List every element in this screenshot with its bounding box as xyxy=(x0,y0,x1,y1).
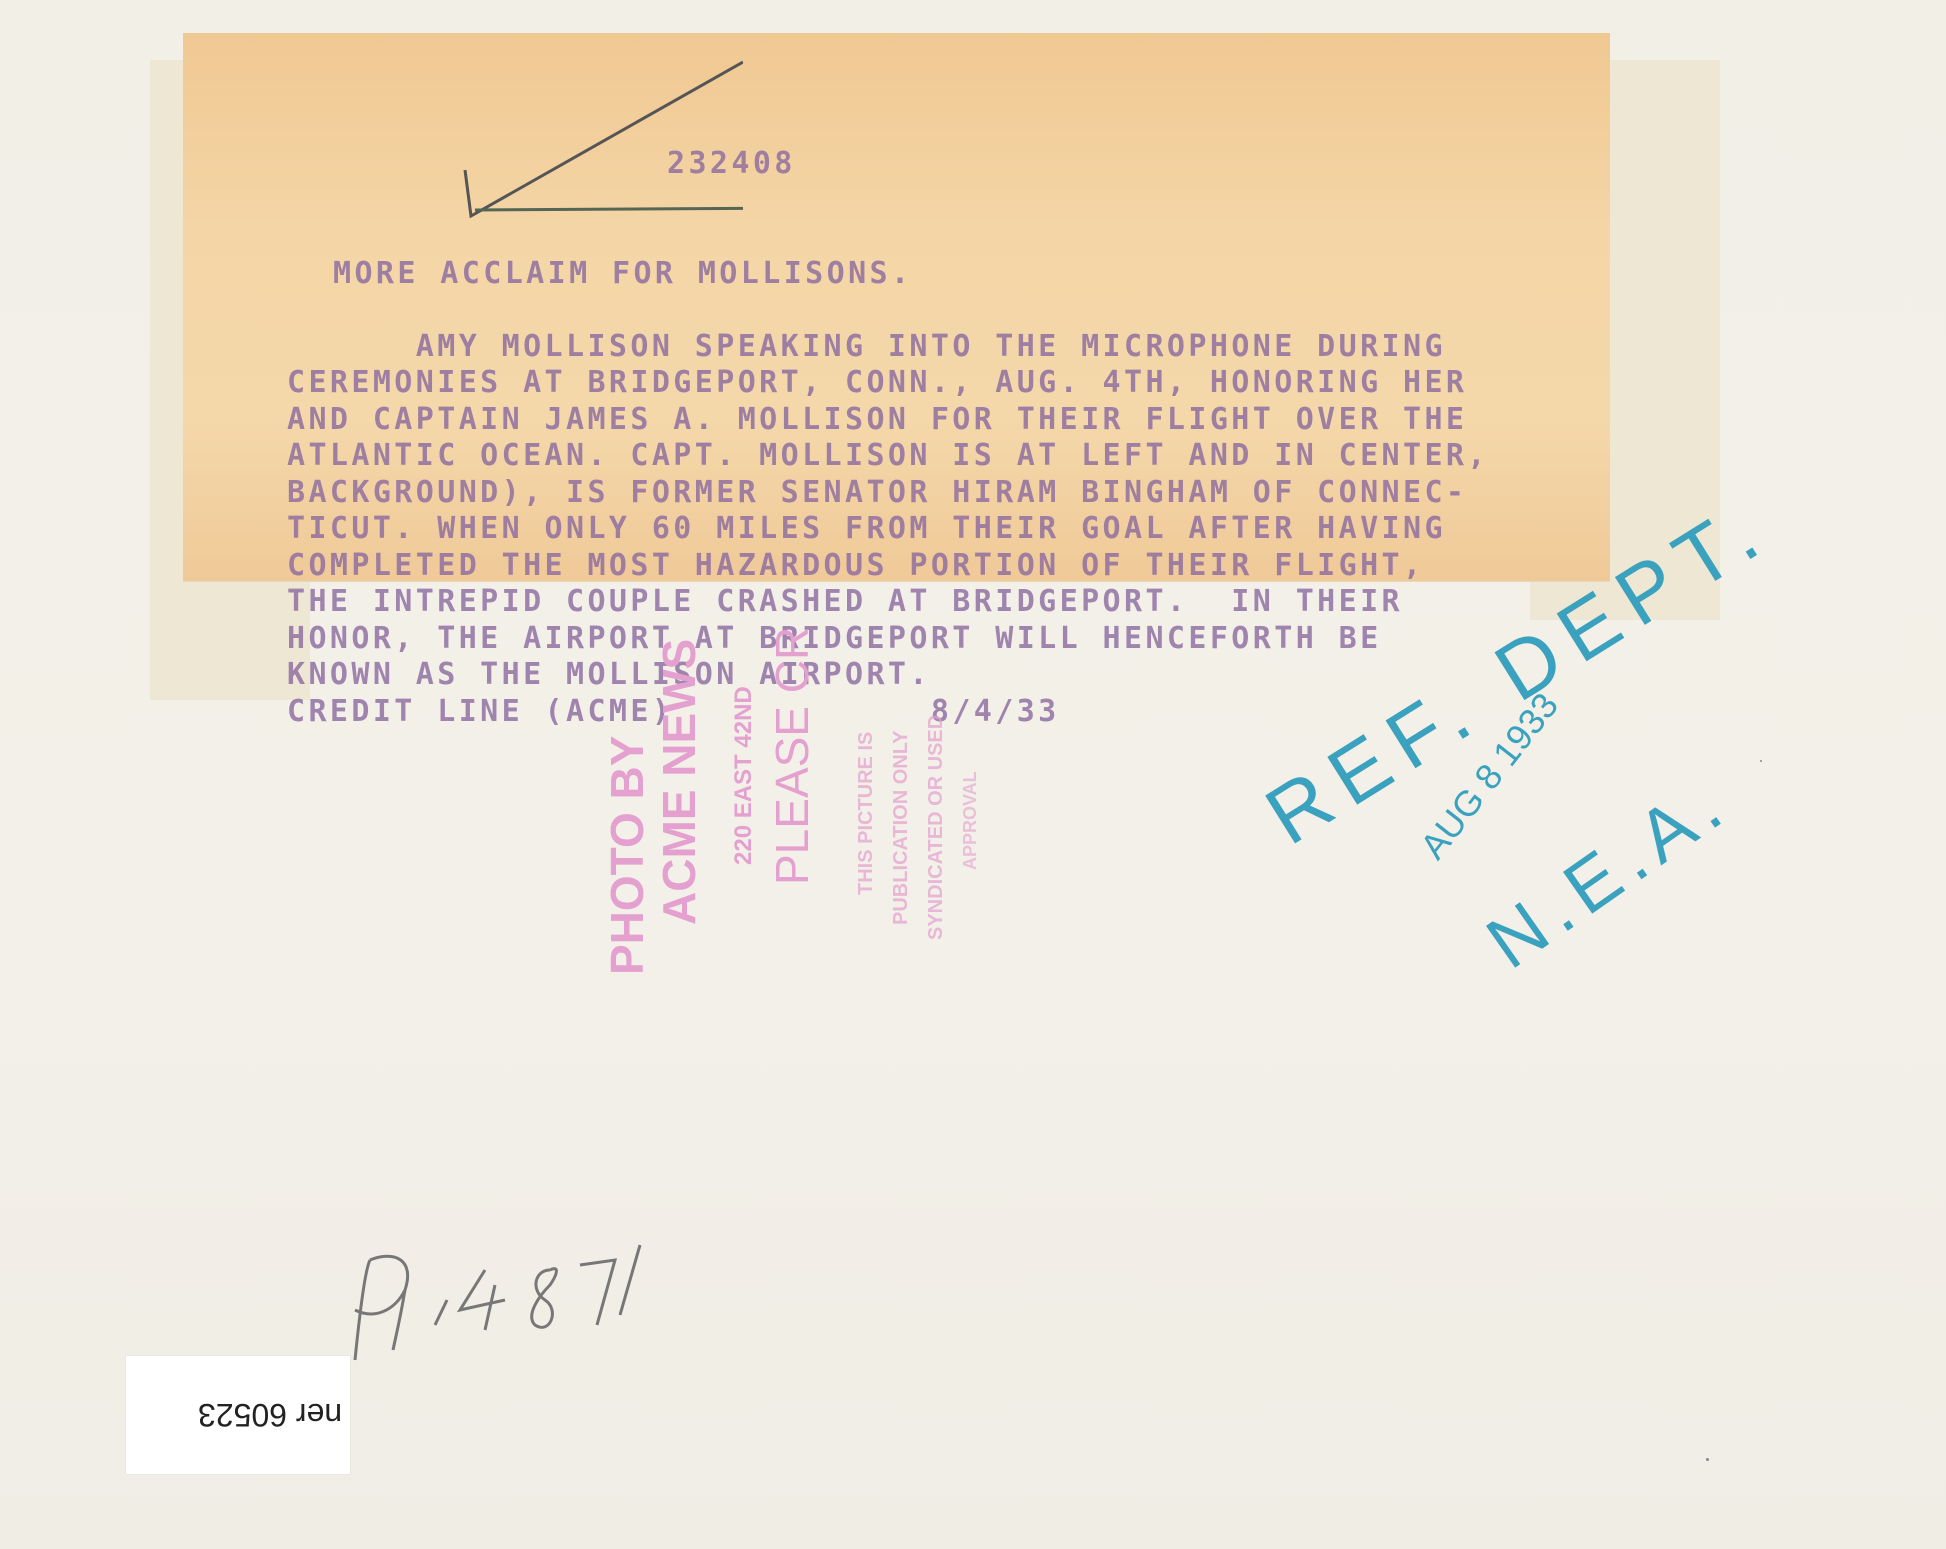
caption-line: ATLANTIC OCEAN. CAPT. MOLLISON IS AT LEF… xyxy=(287,438,1489,473)
caption-line: AND CAPTAIN JAMES A. MOLLISON FOR THEIR … xyxy=(287,402,1467,437)
catalog-label: ner 60523 xyxy=(126,1356,350,1474)
stamp-line: ACME NEWS xyxy=(652,639,706,925)
acme-news-stamp: PHOTO BY ACME NEWS 220 EAST 42ND PLEASE … xyxy=(590,580,990,1000)
caption-line: TICUT. WHEN ONLY 60 MILES FROM THEIR GOA… xyxy=(287,511,1446,546)
caption-line: AMY MOLLISON SPEAKING INTO THE MICROPHON… xyxy=(416,329,1446,364)
stamp-line: PHOTO BY xyxy=(600,736,654,975)
caption-headline: MORE ACCLAIM FOR MOLLISONS. xyxy=(287,256,1587,293)
stamp-org: N.E.A. xyxy=(1471,758,1744,985)
label-text: ner 60523 xyxy=(198,1396,342,1433)
stamp-line: PUBLICATION ONLY xyxy=(890,731,913,925)
caption-line: CEREMONIES AT BRIDGEPORT, CONN., AUG. 4T… xyxy=(287,365,1467,400)
stamp-line: PLEASE CR xyxy=(765,627,819,885)
caption-slip: 232408 MORE ACCLAIM FOR MOLLISONS. AMY M… xyxy=(183,33,1610,581)
photo-back: 232408 MORE ACCLAIM FOR MOLLISONS. AMY M… xyxy=(0,0,1946,1549)
stamp-line: APPROVAL xyxy=(960,771,981,870)
caption-line: BACKGROUND), IS FORMER SENATOR HIRAM BIN… xyxy=(287,475,1467,510)
ref-dept-stamp: REF. DEPT. AUG 8 1933 N.E.A. xyxy=(1250,560,1770,1020)
stamp-line: THIS PICTURE IS xyxy=(855,732,878,895)
handwritten-number xyxy=(335,1230,735,1370)
pencil-check-mark-icon xyxy=(413,58,743,228)
stamp-line: SYNDICATED OR USED xyxy=(925,715,948,940)
stamp-line: 220 EAST 42ND xyxy=(730,686,758,865)
